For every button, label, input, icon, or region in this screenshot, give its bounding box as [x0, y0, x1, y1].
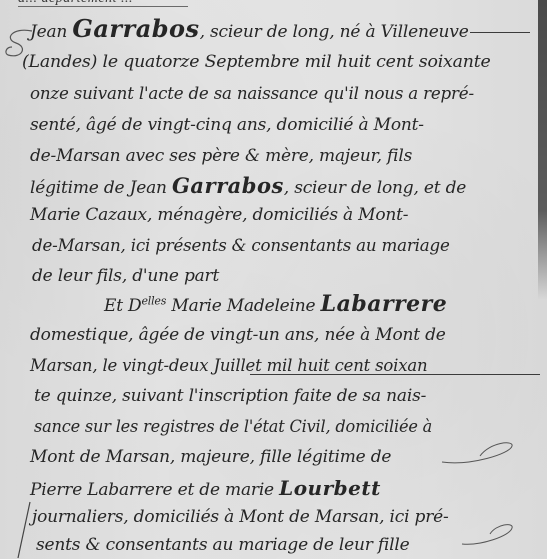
document-line-9: de leur fils, d'une part: [32, 266, 219, 286]
document-line-3: onze suivant l'acte de sa naissance qu'i…: [30, 84, 474, 104]
document-line-16: Pierre Labarrere et de marie Lourbett: [30, 476, 381, 500]
document-line-15: Mont de Marsan, majeure, fille légitime …: [30, 447, 391, 467]
line-12-tail: [250, 374, 540, 375]
document-line-17: journaliers, domiciliés à Mont de Marsan…: [32, 507, 449, 527]
document-line-14: sance sur les registres de l'état Civil,…: [34, 417, 432, 437]
document-line-7: Marie Cazaux, ménagère, domiciliés à Mon…: [30, 205, 408, 225]
father-name-emphasis: Garrabos: [172, 173, 284, 198]
document-line-12: Marsan, le vingt-deux Juillet mil huit c…: [30, 356, 427, 376]
document-line-13: te quinze, suivant l'inscription faite d…: [34, 386, 426, 406]
line-10-middle: Marie Madeleine: [166, 296, 320, 316]
document-line-2: (Landes) le quatorze Septembre mil huit …: [22, 52, 491, 72]
document-line-1: Jean Garrabos, scieur de long, né à Vill…: [30, 14, 469, 43]
line-10-prefix: Et D: [104, 296, 141, 316]
demoiselle-superscript: elles: [141, 294, 166, 307]
bride-name-emphasis: Labarrere: [321, 291, 448, 317]
document-line-10: Et Delles Marie Madeleine Labarrere: [104, 291, 447, 317]
top-rule-line: [18, 6, 188, 7]
line-1-prefix: Jean: [30, 22, 72, 42]
document-line-11: domestique, âgée de vingt-un ans, née à …: [30, 325, 446, 345]
document-line-8: de-Marsan, ici présents & consentants au…: [32, 236, 450, 256]
line-16-prefix: Pierre Labarrere et de marie: [30, 480, 279, 500]
document-line-4: senté, âgé de vingt-cinq ans, domicilié …: [30, 115, 424, 135]
page-edge-shadow: [538, 0, 547, 300]
line-18-flourish-icon: [460, 520, 520, 550]
register-page: d... département ... Jean Garrabos, scie…: [0, 0, 547, 559]
left-margin-stroke-icon: [14, 500, 34, 559]
line-15-flourish-icon: [440, 440, 520, 470]
line-6-suffix: , scieur de long, et de: [284, 178, 466, 198]
document-line-5: de-Marsan avec ses père & mère, majeur, …: [30, 146, 412, 166]
document-line-6: légitime de Jean Garrabos, scieur de lon…: [30, 173, 466, 198]
line-1-suffix: , scieur de long, né à Villeneuve: [200, 22, 469, 42]
document-line-18: sents & consentants au mariage de leur f…: [36, 535, 410, 555]
line-1-tail: [470, 32, 530, 33]
line-6-prefix: légitime de Jean: [30, 178, 172, 198]
mother-name-emphasis: Lourbett: [279, 476, 381, 500]
groom-name-emphasis: Garrabos: [72, 14, 199, 43]
